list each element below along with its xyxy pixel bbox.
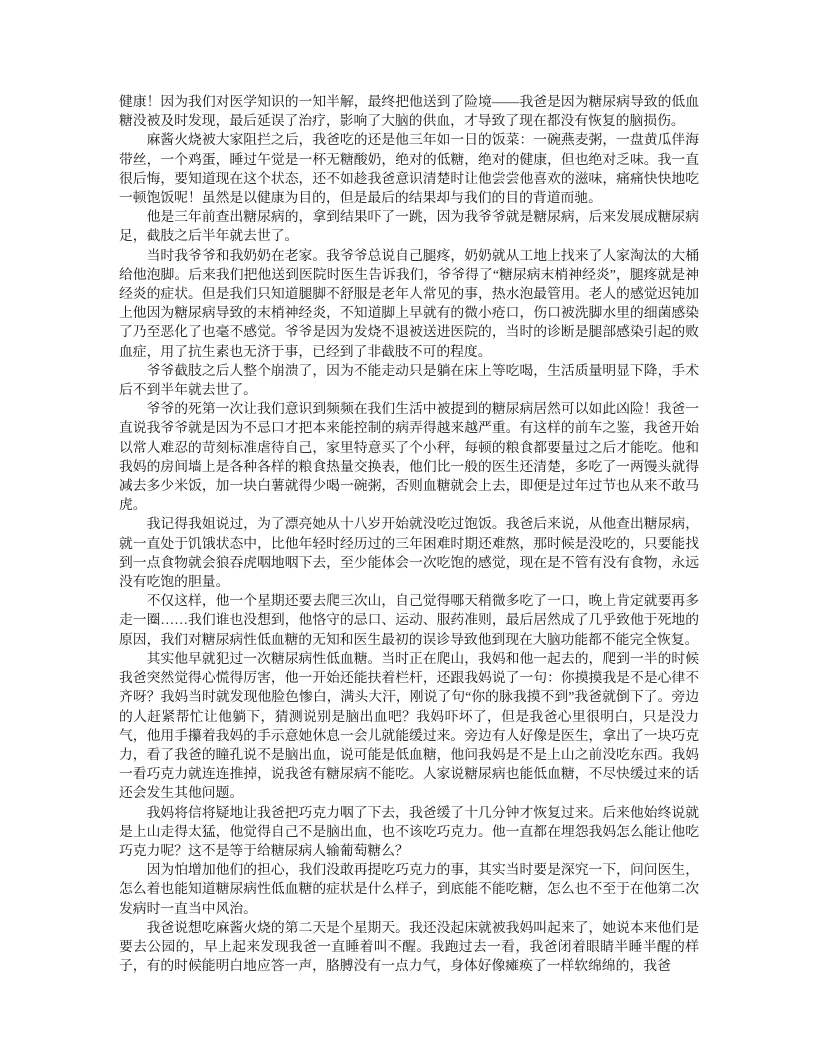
body-text: 健康！因为我们对医学知识的一知半解，最终把他送到了险境——我爸是因为糖尿病导致的… [119, 92, 699, 975]
paragraph: 不仅这样，他一个星期还要去爬三次山，自己觉得哪天稍微多吃了一口，晚上肯定就要再多… [119, 591, 699, 649]
paragraph: 因为怕增加他们的担心，我们没敢再提吃巧克力的事，其实当时要是深究一下，问问医生，… [119, 860, 699, 918]
paragraph: 爷爷截肢之后人整个崩溃了，因为不能走动只是躺在床上等吃喝，生活质量明显下降，手术… [119, 361, 699, 399]
paragraph: 我爸说想吃麻酱火烧的第二天是个星期天。我还没起床就被我妈叫起来了，她说本来他们是… [119, 918, 699, 976]
paragraph-continuation: 健康！因为我们对医学知识的一知半解，最终把他送到了险境——我爸是因为糖尿病导致的… [119, 92, 699, 130]
paragraph: 他是三年前查出糖尿病的，拿到结果吓了一跳，因为我爷爷就是糖尿病，后来发展成糖尿病… [119, 207, 699, 245]
paragraph: 我妈将信将疑地让我爸把巧克力咽了下去，我爸缓了十几分钟才恢复过来。后来他始终说就… [119, 803, 699, 861]
paragraph: 爷爷的死第一次让我们意识到频频在我们生活中被提到的糖尿病居然可以如此凶险！我爸一… [119, 399, 699, 514]
paragraph: 我记得我姐说过，为了漂亮她从十八岁开始就没吃过饱饭。我爸后来说，从他查出糖尿病，… [119, 514, 699, 591]
document-page: 健康！因为我们对医学知识的一知半解，最终把他送到了险境——我爸是因为糖尿病导致的… [0, 0, 816, 1056]
paragraph: 其实他早就犯过一次糖尿病性低血糖。当时正在爬山，我妈和他一起去的，爬到一半的时候… [119, 649, 699, 803]
paragraph: 麻酱火烧被大家阻拦之后，我爸吃的还是他三年如一日的饭菜：一碗燕麦粥，一盘黄瓜伴海… [119, 130, 699, 207]
paragraph: 当时我爷爷和我奶奶在老家。我爷爷总说自己腿疼，奶奶就从工地上找来了人家淘汰的大桶… [119, 246, 699, 361]
